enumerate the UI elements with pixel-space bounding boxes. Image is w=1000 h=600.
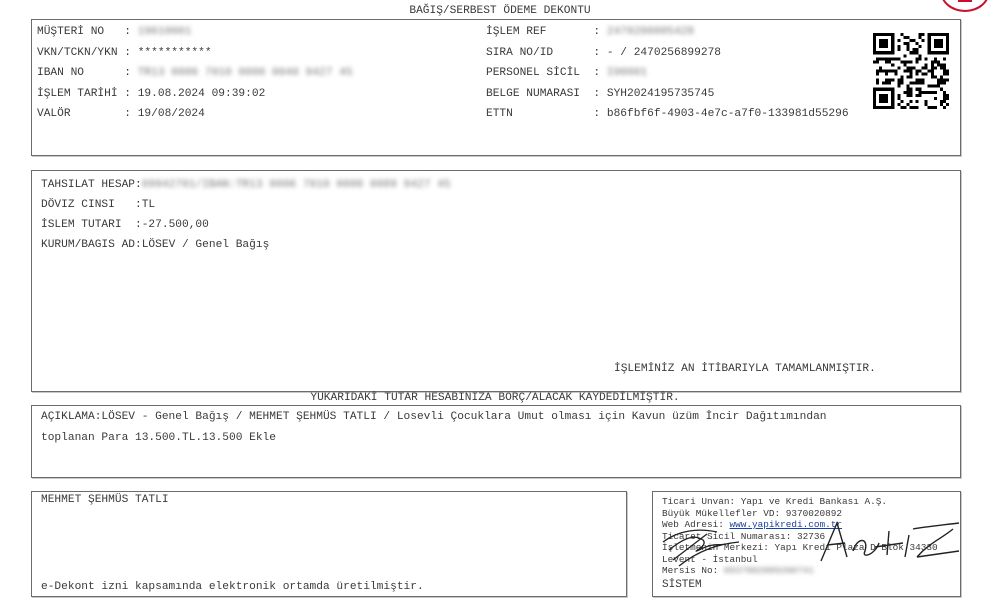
bank-info-box: Ticari Unvan: Yapı ve Kredi Bankası A.Ş.… [652,491,961,597]
mersis-label: Mersis No: [662,565,724,576]
web-link[interactable]: www.yapikredi.com.tr [730,519,843,530]
field-separator: : [124,26,137,38]
tutar-value: -27.500,00 [142,219,209,231]
field-value: - / 2470256899278 [607,47,721,59]
field-value: SYH2024195735745 [607,88,714,100]
header-row: PERSONEL SİCİL : I00001 [486,66,647,80]
kurum-row: KURUM/BAGIS AD:LÖSEV / Genel Bağış [41,238,269,252]
field-separator: : [593,47,606,59]
field-separator: : [593,26,606,38]
ledger-caption: YUKARIDAKİ TUTAR HESABINIZA BORÇ/ALACAK … [0,392,990,404]
tutar-label: İSLEM TUTARI : [41,219,142,231]
description-line-1: AÇIKLAMA:LÖSEV - Genel Bağış / MEHMET ŞE… [41,410,827,424]
field-label: VKN/TCKN/YKN [37,47,124,59]
mersis-value: 0937002089200741 [724,565,814,576]
field-label: SIRA NO/ID [486,47,593,59]
field-value: 2470200005428 [607,26,694,38]
registry: Ticaret Sicil Numarası: 32736 [662,531,825,543]
header-row: İŞLEM REF : 2470200005428 [486,25,694,39]
headquarters-city: Levent - İstanbul [662,554,758,566]
field-value: I00001 [607,67,647,79]
description-box: AÇIKLAMA:LÖSEV - Genel Bağış / MEHMET ŞE… [31,405,961,478]
field-separator: : [124,108,137,120]
header-row: VALÖR : 19/08/2024 [37,107,205,121]
field-separator: : [124,88,137,100]
field-separator: : [593,108,606,120]
headquarters: İşletmenin Merkezi: Yapı Kredi Plaza D B… [662,542,938,554]
field-label: İŞLEM REF [486,26,593,38]
customer-box: MEHMET ŞEHMÜS TATLI e-Dekont izni kapsam… [31,491,627,597]
qr-code-icon [873,33,949,109]
customer-name: MEHMET ŞEHMÜS TATLI [41,493,169,507]
field-value: TR13 0006 7010 0000 0040 9427 45 [138,67,353,79]
field-value: 19610001 [138,26,192,38]
tax-office: Büyük Mükellefler VD: 9370020892 [662,508,842,520]
tutar-row: İSLEM TUTARI :-27.500,00 [41,218,209,232]
transaction-box: TAHSILAT HESAP:69942701/IBAN:TR13 0006 7… [31,170,961,392]
kurum-value: LÖSEV / Genel Bağış [142,239,270,251]
completion-note: İŞLEMİNİZ AN İTİBARIYLA TAMAMLANMIŞTIR. [614,362,876,376]
header-row: VKN/TCKN/YKN : *********** [37,46,212,60]
header-row: MÜŞTERİ NO : 19610001 [37,25,191,39]
tahsilat-value: 69942701/IBAN:TR13 0006 7010 0000 0089 9… [142,179,451,191]
header-row: IBAN NO : TR13 0006 7010 0000 0040 9427 … [37,66,353,80]
doviz-value: TL [142,199,155,211]
header-row: İŞLEM TARİHİ : 19.08.2024 09:39:02 [37,87,265,101]
field-value: b86fbf6f-4903-4e7c-a7f0-133981d55296 [607,108,849,120]
field-value: 19/08/2024 [138,108,205,120]
kurum-label: KURUM/BAGIS AD: [41,239,142,251]
field-label: MÜŞTERİ NO [37,26,124,38]
doviz-label: DÖVIZ CINSI : [41,199,142,211]
field-label: VALÖR [37,108,124,120]
web-label: Web Adresi: [662,519,730,530]
field-value: *********** [138,47,212,59]
issuer: SİSTEM [662,578,702,592]
field-separator: : [124,67,137,79]
field-label: PERSONEL SİCİL [486,67,593,79]
web-row: Web Adresi: www.yapikredi.com.tr [662,519,842,531]
header-row: ETTN : b86fbf6f-4903-4e7c-a7f0-133981d55… [486,107,849,121]
tahsilat-row: TAHSILAT HESAP:69942701/IBAN:TR13 0006 7… [41,178,451,192]
field-separator: : [593,88,606,100]
description-line-2: toplanan Para 13.500.TL.13.500 Ekle [41,431,276,445]
field-value: 19.08.2024 09:39:02 [138,88,266,100]
mersis-row: Mersis No: 0937002089200741 [662,565,814,577]
doviz-row: DÖVIZ CINSI :TL [41,198,155,212]
e-dekont-note: e-Dekont izni kapsamında elektronik orta… [41,580,424,594]
header-row: BELGE NUMARASI : SYH2024195735745 [486,87,714,101]
field-label: ETTN [486,108,593,120]
header-info-box: MÜŞTERİ NO : 19610001VKN/TCKN/YKN : ****… [31,19,961,156]
tahsilat-label: TAHSILAT HESAP: [41,179,142,191]
field-label: IBAN NO [37,67,124,79]
field-label: İŞLEM TARİHİ [37,88,124,100]
header-row: SIRA NO/ID : - / 2470256899278 [486,46,721,60]
field-separator: : [124,47,137,59]
field-label: BELGE NUMARASI [486,88,593,100]
field-separator: : [593,67,606,79]
trade-name: Ticari Unvan: Yapı ve Kredi Bankası A.Ş. [662,496,887,508]
document-title: BAĞIŞ/SERBEST ÖDEME DEKONTU [0,5,1000,17]
